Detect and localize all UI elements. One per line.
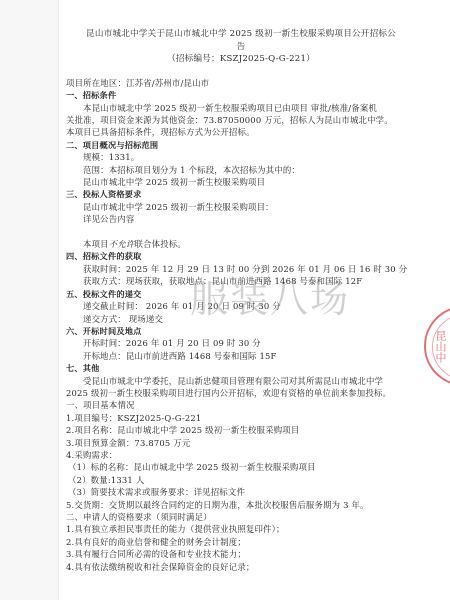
- basic-info-item: 2.项目名称：昆山市城北中学 2025 级初一新生校服采购项目: [66, 424, 396, 436]
- qualification-item: 2.具有良好的商业信誉和健全的财务会计制度；: [66, 536, 396, 548]
- section-6-time: 开标时间：2026 年 01 月 20 日 09 时 30 分: [66, 337, 396, 349]
- section-heading-document-acquisition: 四、招标文件的获取: [66, 250, 396, 262]
- section-4-time: 获取时间：2025 年 12 月 29 日 13 时 00 分到 2026 年 …: [66, 263, 396, 275]
- section-3-blank: [66, 226, 396, 238]
- basic-info-item: 3.项目预算金额：73.8705 万元: [66, 437, 396, 449]
- section-3-consortium-note: 本项目不允许联合体投标。: [66, 238, 396, 250]
- tender-announcement-document: 昆山市城北中学关于昆山市城北中学 2025 级初一新生校服采购项目公开招标公告 …: [66, 28, 396, 573]
- section-2-project-name: 昆山市城北中学 2025 级初一新生校服采购项目: [66, 176, 396, 188]
- section-3-details: 详见公告内容: [66, 213, 396, 225]
- basic-info-item: 4.采购需求：: [66, 449, 396, 461]
- section-1-line-3: 本项目已具备招标条件，现招标方式为公开招标。: [66, 126, 396, 138]
- section-6-place: 开标地点：昆山市前进西路 1468 号泰和国际 15F: [66, 350, 396, 362]
- consortium-not-allowed: 不允许: [109, 239, 135, 249]
- consortium-prefix: 本项目: [83, 239, 109, 249]
- section-4-method: 获取方式：现场获取，获取地点：昆山市前进西路 1468 号泰和国际 12F: [66, 275, 396, 287]
- section-5-deadline: 递交截止时间： 2026 年 01 月 20 日 09 时 30 分: [66, 300, 396, 312]
- bid-number: （招标编号：KSZJ2025-Q-G-221）: [66, 53, 396, 66]
- section-5-method: 递交方式： 现场递交: [66, 313, 396, 325]
- project-location: 项目所在地区：江苏省/苏州市/昆山市: [66, 77, 396, 89]
- section-heading-bidding-conditions: 一、招标条件: [66, 89, 396, 101]
- consortium-suffix: 联合体投标。: [134, 239, 185, 249]
- section-7-paragraph: 受昆山市城北中学委托，昆山新忠健项目管理有限公司对其所需昆山市城北中学 2025…: [66, 375, 396, 400]
- section-1-line-1: 本昆山市城北中学 2025 级初一新生校服采购项目已由项目 审批/核准/备案机: [66, 102, 396, 114]
- seal-text: 昆山中: [434, 330, 446, 363]
- qualification-item: 4.具有依法缴纳税收和社会保障资金的良好记录；: [66, 561, 396, 573]
- section-heading-bid-submission: 五、投标文件的递交: [66, 288, 396, 300]
- section-heading-bidder-qualifications: 三、投标人资格要求: [66, 188, 396, 200]
- section-heading-bid-opening: 六、开标时间及地点: [66, 325, 396, 337]
- basic-info-heading: 一、项目基本情况: [66, 399, 396, 411]
- page-left-margin: [0, 0, 59, 600]
- basic-info-item: （1）标的名称：昆山市城北中学 2025 级初一新生校服采购项目: [66, 461, 396, 473]
- section-3-project: 昆山市城北中学 2025 级初一新生校服采购项目：: [66, 201, 396, 213]
- section-1-line-2: 关批准，项目资金来源为其他资金：73.87050000 万元，招标人为昆山市城北…: [66, 114, 396, 126]
- basic-info-item: 1.项目编号：KSZJ2025-Q-G-221: [66, 412, 396, 424]
- basic-info-item: （3）简要技术需求或服务要求：详见招标文件: [66, 486, 396, 498]
- qualifications-heading: 二、申请人的资格要求（须同时满足）: [66, 511, 396, 523]
- qualification-item: 1.具有独立承担民事责任的能力（提供营业执照复印件）；: [66, 523, 396, 535]
- section-heading-project-scope: 二、项目概况与招标范围: [66, 139, 396, 151]
- official-seal-stamp: 昆山中: [424, 306, 450, 386]
- basic-info-item: 5.交货期：交货期以最终合同约定的日期为准，本批次校服售后服务期为 3 年。: [66, 499, 396, 511]
- section-heading-other: 七、其他: [66, 362, 396, 374]
- document-title: 昆山市城北中学关于昆山市城北中学 2025 级初一新生校服采购项目公开招标公告: [66, 28, 396, 53]
- basic-info-item: （2）数量:1331 人: [66, 474, 396, 486]
- qualification-item: 3.具有履行合同所必需的设备和专业技术能力；: [66, 548, 396, 560]
- section-2-scale: 规模：1331。: [66, 151, 396, 163]
- section-2-range: 范围：本招标项目划分为 1 个标段，本次招标为其中的：: [66, 164, 396, 176]
